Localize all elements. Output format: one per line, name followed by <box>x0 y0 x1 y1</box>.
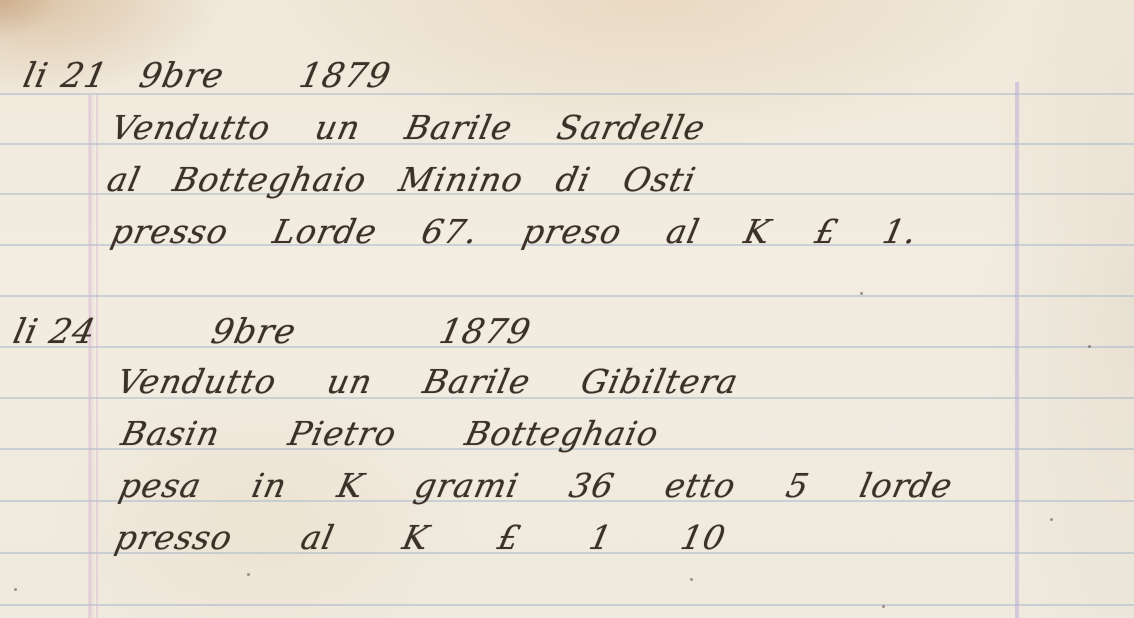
paper-speck <box>247 573 250 576</box>
entry-line: presso al K £ 1 10 <box>112 518 730 557</box>
ruled-line <box>0 295 1134 297</box>
entry-line: al Botteghaio Minino di Osti <box>104 160 700 199</box>
entry-date-month: 9bre <box>208 312 300 352</box>
paper-speck <box>1050 518 1053 521</box>
left-margin-line <box>88 95 94 618</box>
paper-speck <box>882 605 885 608</box>
paper-speck <box>690 578 693 581</box>
paper-speck <box>14 588 17 591</box>
ledger-page: li 21 9bre 1879 Vendutto un Barile Sarde… <box>0 0 1134 618</box>
entry-date-day: 24 <box>46 312 100 352</box>
ruled-line <box>0 346 1134 348</box>
entry-line: Vendutto un Barile Gibiltera <box>114 362 742 401</box>
ruled-line <box>0 604 1134 606</box>
paper-corner-stain <box>0 0 70 48</box>
entry-line: presso Lorde 67. preso al K £ 1. <box>108 212 921 251</box>
entry-date-day: 21 <box>58 56 112 96</box>
paper-speck <box>1088 345 1091 348</box>
entry-date-prefix: li <box>20 56 52 96</box>
entry-date-month: 9bre <box>136 56 228 96</box>
paper-speck <box>860 292 863 295</box>
left-margin-line-secondary <box>96 95 98 618</box>
entry-date-year: 1879 <box>436 312 535 352</box>
entry-line: Vendutto un Barile Sardelle <box>108 108 709 147</box>
entry-date-year: 1879 <box>296 56 395 96</box>
entry-line: pesa in K grami 36 etto 5 lorde <box>116 466 957 505</box>
right-margin-line <box>1015 82 1019 618</box>
entry-line: Basin Pietro Botteghaio <box>118 414 663 453</box>
